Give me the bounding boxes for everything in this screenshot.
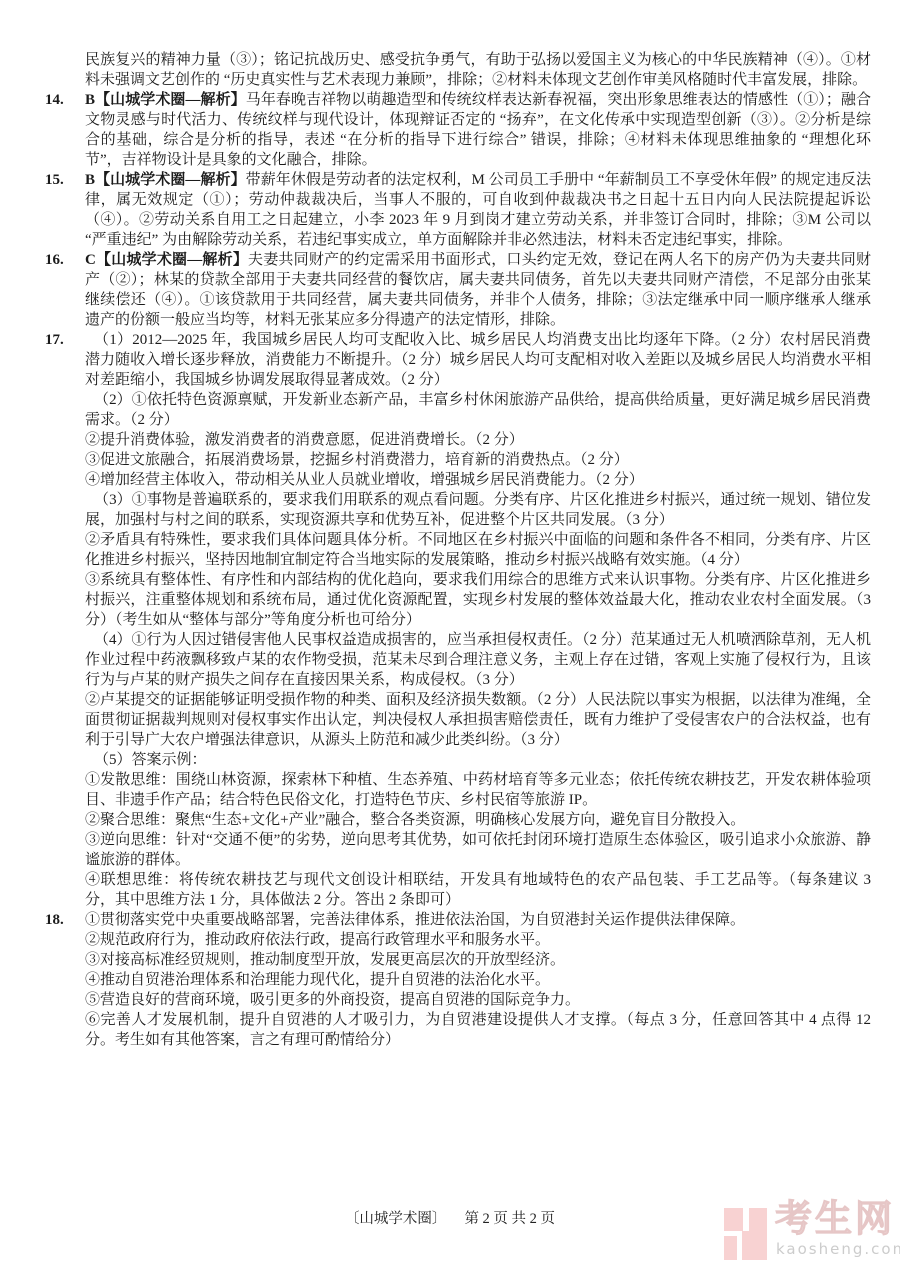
answer-paragraph: ①贯彻落实党中央重要战略部署，完善法律体系，推进依法治国，为自贸港封关运作提供法…	[85, 910, 871, 930]
answer-paragraph: ②卢某提交的证据能够证明受损作物的种类、面积及经济损失数额。（2 分）人民法院以…	[85, 690, 871, 750]
answer-paragraph: （3）①事物是普遍联系的，要求我们用联系的观点看问题。分类有序、片区化推进乡村振…	[85, 490, 871, 530]
answer-item-15: 15. B【山城学术圈—解析】带薪年休假是劳动者的法定权利，M 公司员工手册中 …	[45, 170, 871, 250]
kaosheng-watermark: 考生网 kaosheng.com	[718, 1198, 900, 1270]
answer-paragraph: ②聚合思维：聚焦“生态+文化+产业”融合，整合各类资源，明确核心发展方向，避免盲…	[85, 810, 871, 830]
answer-paragraph: ④增加经营主体收入，带动相关从业人员就业增收，增强城乡居民消费能力。（2 分）	[85, 470, 871, 490]
answer-paragraph: C【山城学术圈—解析】夫妻共同财产的约定需采用书面形式，口头约定无效，登记在两人…	[85, 250, 871, 330]
answer-content: 民族复兴的精神力量（③）；铭记抗战历史、感受抗争勇气，有助于弘扬以爱国主义为核心…	[45, 50, 871, 1050]
answer-paragraph: ⑥完善人才发展机制，提升自贸港的人才吸引力，为自贸港建设提供人才支撑。（每点 3…	[85, 1010, 871, 1050]
item-number: 14.	[45, 90, 81, 110]
kaosheng-logo-domain: kaosheng.com	[776, 1240, 900, 1258]
answer-source-tag: B【山城学术圈—解析】	[85, 92, 246, 108]
answer-paragraph: ⑤营造良好的营商环境，吸引更多的外商投资，提高自贸港的国际竞争力。	[85, 990, 871, 1010]
answer-paragraph: ②提升消费体验，激发消费者的消费意愿，促进消费增长。（2 分）	[85, 430, 871, 450]
answer-item-14: 14. B【山城学术圈—解析】马年春晚吉祥物以萌趣造型和传统纹样表达新春祝福，突…	[45, 90, 871, 170]
answer-item-18: 18. ①贯彻落实党中央重要战略部署，完善法律体系，推进依法治国，为自贸港封关运…	[45, 910, 871, 1050]
answer-paragraph: ③促进文旅融合，拓展消费场景，挖掘乡村消费潜力，培育新的消费热点。（2 分）	[85, 450, 871, 470]
answer-source-tag: B【山城学术圈—解析】	[85, 172, 246, 188]
kaosheng-logo-title: 考生网	[775, 1198, 895, 1240]
answer-item-17: 17. （1）2012—2025 年，我国城乡居民人均可支配收入比、城乡居民人均…	[45, 330, 871, 910]
answer-paragraph: ①发散思维：围绕山林资源，探索林下种植、生态养殖、中药材培育等多元业态；依托传统…	[85, 770, 871, 810]
item-number: 15.	[45, 170, 81, 190]
item-number: 18.	[45, 910, 81, 930]
answer-source-tag: C【山城学术圈—解析】	[85, 252, 248, 268]
answer-paragraph: ③系统具有整体性、有序性和内部结构的优化趋向，要求我们用综合的思维方式来认识事物…	[85, 570, 871, 630]
answer-paragraph: ③对接高标准经贸规则，推动制度型开放，发展更高层次的开放型经济。	[85, 950, 871, 970]
answer-paragraph: ④推动自贸港治理体系和治理能力现代化，提升自贸港的法治化水平。	[85, 970, 871, 990]
answer-paragraph: B【山城学术圈—解析】马年春晚吉祥物以萌趣造型和传统纹样表达新春祝福，突出形象思…	[85, 90, 871, 170]
answer-sheet-page: 民族复兴的精神力量（③）；铭记抗战历史、感受抗争勇气，有助于弘扬以爱国主义为核心…	[0, 0, 900, 1273]
answer-paragraph: ②规范政府行为，推动政府依法行政，提高行政管理水平和服务水平。	[85, 930, 871, 950]
item-number: 16.	[45, 250, 81, 270]
continuation-paragraph: 民族复兴的精神力量（③）；铭记抗战历史、感受抗争勇气，有助于弘扬以爱国主义为核心…	[85, 50, 871, 90]
footer-brand: 〔山城学术圈〕	[345, 1211, 447, 1227]
answer-paragraph: ④联想思维：将传统农耕技艺与现代文创设计相联结，开发具有地域特色的农产品包装、手…	[85, 870, 871, 910]
item-number: 17.	[45, 330, 81, 350]
answer-paragraph: ③逆向思维：针对“交通不便”的劣势，逆向思考其优势，如可依托封闭环境打造原生态体…	[85, 830, 871, 870]
answer-paragraph: （5）答案示例：	[85, 750, 871, 770]
footer-page-info: 第 2 页 共 2 页	[464, 1211, 555, 1227]
answer-paragraph: B【山城学术圈—解析】带薪年休假是劳动者的法定权利，M 公司员工手册中 “年薪制…	[85, 170, 871, 250]
answer-paragraph: （1）2012—2025 年，我国城乡居民人均可支配收入比、城乡居民人均消费支出…	[85, 330, 871, 390]
answer-paragraph: ②矛盾具有特殊性，要求我们具体问题具体分析。不同地区在乡村振兴中面临的问题和条件…	[85, 530, 871, 570]
answer-paragraph: （4）①行为人因过错侵害他人民事权益造成损害的，应当承担侵权责任。（2 分）范某…	[85, 630, 871, 690]
answer-paragraph: （2）①依托特色资源禀赋，开发新业态新产品，丰富乡村休闲旅游产品供给，提高供给质…	[85, 390, 871, 430]
answer-item-16: 16. C【山城学术圈—解析】夫妻共同财产的约定需采用书面形式，口头约定无效，登…	[45, 250, 871, 330]
